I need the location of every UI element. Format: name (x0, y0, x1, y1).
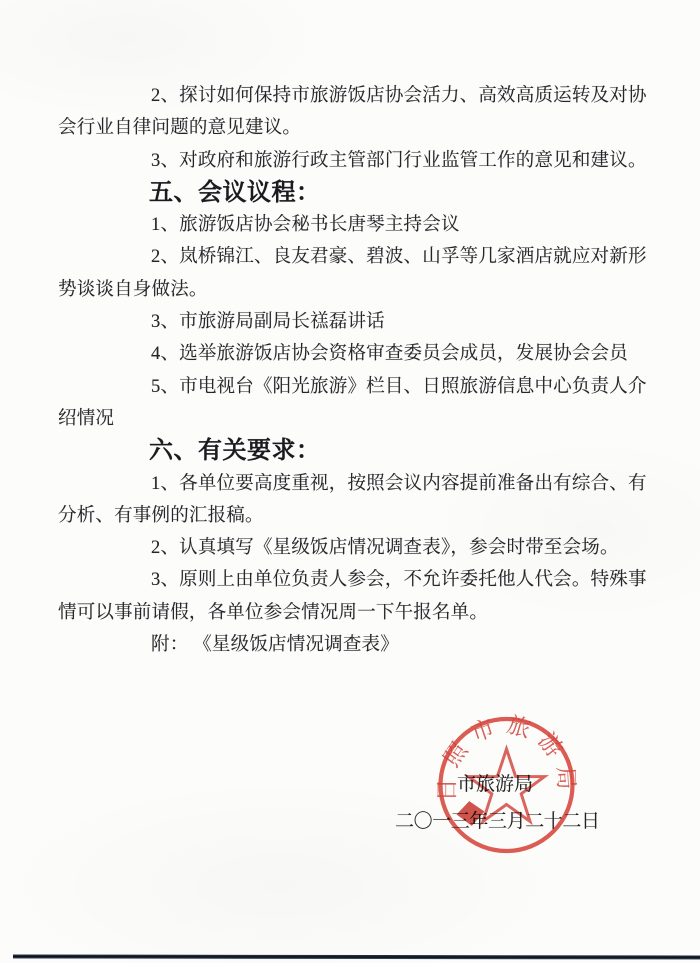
text-line: 3、原则上由单位负责人参会，不允许委托他人代会。特殊事 (58, 564, 686, 596)
text-line: 3、市旅游局副局长禚磊讲话 (58, 306, 686, 338)
text-line: 势谈谈自身做法。 (58, 274, 686, 306)
text-line: 2、探讨如何保持市旅游饭店协会活力、高效高质运转及对协 (58, 80, 686, 112)
scan-edge-line (13, 955, 700, 960)
text-line: 3、对政府和旅游行政主管部门行业监管工作的意见和建议。 (58, 145, 686, 177)
text-line: 1、各单位要高度重视，按照会议内容提前准备出有综合、有 (58, 468, 686, 500)
text-line: 六、有关要求： (58, 435, 686, 467)
scanned-document-page: 2、探讨如何保持市旅游饭店协会活力、高效高质运转及对协会行业自律问题的意见建议。… (0, 0, 700, 963)
text-line: 2、认真填写《星级饭店情况调查表》，参会时带至会场。 (58, 532, 686, 564)
text-line: 分析、有事例的汇报稿。 (58, 500, 686, 532)
text-line: 4、选举旅游饭店协会资格审查委员会成员，发展协会会员 (58, 338, 686, 370)
text-line: 5、市电视台《阳光旅游》栏目、日照旅游信息中心负责人介 (58, 371, 686, 403)
text-line: 情可以事前请假，各单位参会情况周一下午报名单。 (58, 597, 686, 629)
text-line: 绍情况 (58, 403, 686, 435)
official-seal: 日照市旅游局 (436, 712, 577, 860)
text-line: 会行业自律问题的意见建议。 (58, 112, 686, 144)
document-body: 2、探讨如何保持市旅游饭店协会活力、高效高质运转及对协会行业自律问题的意见建议。… (58, 80, 686, 661)
text-line: 2、岚桥锦江、良友君豪、碧波、山孚等几家酒店就应对新形 (58, 241, 686, 273)
text-line: 1、旅游饭店协会秘书长唐琴主持会议 (58, 209, 686, 241)
text-line: 五、会议议程： (58, 177, 686, 209)
text-line: 附： 《星级饭店情况调查表》 (58, 629, 686, 661)
